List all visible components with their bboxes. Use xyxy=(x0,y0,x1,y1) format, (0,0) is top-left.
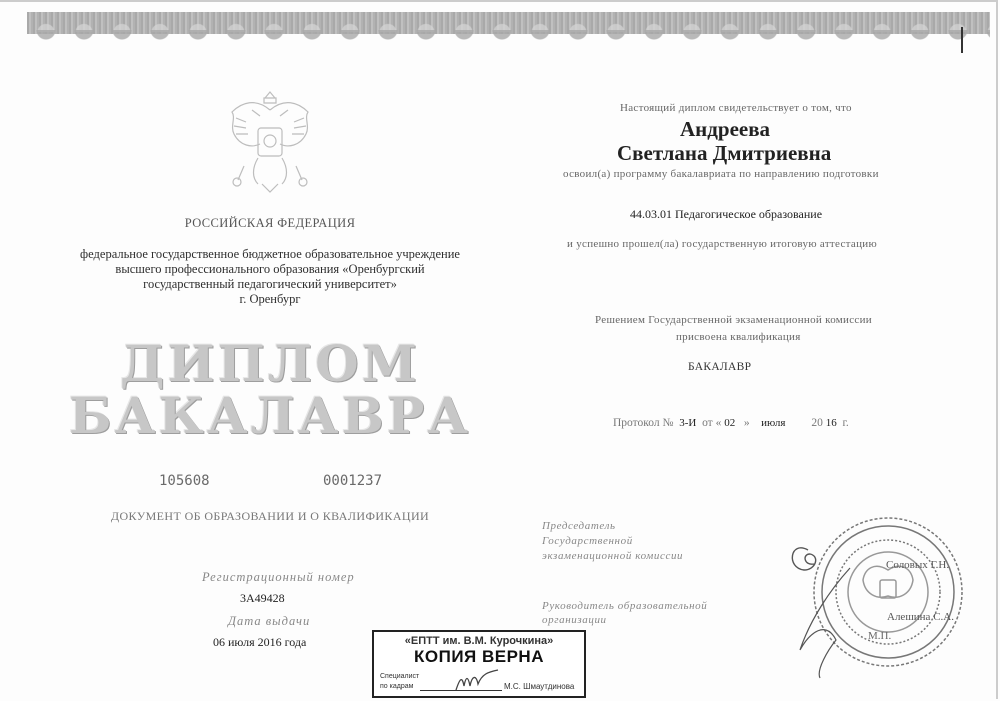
issue-date-label: Дата выдачи xyxy=(228,614,310,629)
protocol-from: от « xyxy=(702,417,721,429)
protocol-row: Протокол № 3-И от « 02 » июля 20 16 г. xyxy=(613,417,849,429)
stamp-organization: «ЕПТТ им. В.М. Курочкина» xyxy=(374,635,584,647)
protocol-month: июля xyxy=(761,417,785,429)
protocol-label: Протокол № xyxy=(613,417,673,429)
diploma-title-line1: ДИПЛОМ xyxy=(40,338,500,390)
head-label-line2: организации xyxy=(542,614,607,626)
institution-name: федеральное государственное бюджетное об… xyxy=(40,247,500,307)
serial-number: 0001237 xyxy=(323,473,382,489)
mastered-text: освоил(а) программу бакалавриата по напр… xyxy=(563,168,879,180)
institution-line: государственный педагогический университ… xyxy=(40,277,500,292)
document-type: ДОКУМЕНТ ОБ ОБРАЗОВАНИИ И О КВАЛИФИКАЦИИ xyxy=(40,509,500,524)
stamp-role: Специалист по кадрам xyxy=(380,672,420,692)
protocol-day: 02 xyxy=(724,417,735,429)
study-program: 44.03.01 Педагогическое образование xyxy=(630,207,822,222)
chair-label-line3: экзаменационной комиссии xyxy=(542,550,683,562)
passed-text: и успешно прошел(ла) государственную ито… xyxy=(567,238,877,250)
decision-text-line2: присвоена квалификация xyxy=(676,331,801,343)
stamp-name: М.С. Шмаутдинова xyxy=(504,682,574,691)
protocol-close-quote: » xyxy=(744,417,750,429)
stamp-title: КОПИЯ ВЕРНА xyxy=(374,647,584,667)
head-label-line1: Руководитель образовательной xyxy=(542,600,707,612)
registration-number: 3А49428 xyxy=(240,591,285,606)
protocol-number: 3-И xyxy=(679,417,696,429)
pen-mark xyxy=(961,27,963,53)
serial-series: 105608 xyxy=(159,473,210,489)
diploma-scan: РОССИЙСКАЯ ФЕДЕРАЦИЯ федеральное государ… xyxy=(0,0,1000,701)
diploma-title-line2: БАКАЛАВРА xyxy=(40,390,500,442)
qualification: БАКАЛАВР xyxy=(688,361,751,373)
registration-label: Регистрационный номер xyxy=(202,570,355,585)
issue-date: 06 июля 2016 года xyxy=(213,635,306,650)
institution-city: г. Оренбург xyxy=(40,292,500,307)
protocol-year-end: г. xyxy=(842,417,848,429)
chair-label-line2: Государственной xyxy=(542,535,633,547)
protocol-year-prefix: 20 xyxy=(811,417,823,429)
certifies-text: Настоящий диплом свидетельствует о том, … xyxy=(620,102,852,114)
decision-text-line1: Решением Государственной экзаменационной… xyxy=(595,314,872,326)
graduate-surname: Андреева xyxy=(680,117,770,142)
federation-heading: РОССИЙСКАЯ ФЕДЕРАЦИЯ xyxy=(40,216,500,231)
chair-label-line1: Председатель xyxy=(542,520,616,532)
stamp-signature-icon xyxy=(452,668,502,694)
handwritten-signatures-icon xyxy=(780,520,880,680)
institution-line: высшего профессионального образования «О… xyxy=(40,262,500,277)
head-name: Алешина С.А. xyxy=(887,611,954,623)
seal-mark: М.П. xyxy=(868,630,891,642)
diploma-title: ДИПЛОМ БАКАЛАВРА xyxy=(40,338,500,442)
coat-of-arms-icon xyxy=(222,88,318,196)
copy-certified-stamp: «ЕПТТ им. В.М. Курочкина» КОПИЯ ВЕРНА Сп… xyxy=(372,630,586,698)
chair-name: Соловых Г.Н. xyxy=(886,559,949,571)
guilloche-band xyxy=(27,12,990,48)
institution-line: федеральное государственное бюджетное об… xyxy=(40,247,500,262)
graduate-given-names: Светлана Дмитриевна xyxy=(617,141,831,166)
protocol-year-suffix: 16 xyxy=(826,417,837,429)
